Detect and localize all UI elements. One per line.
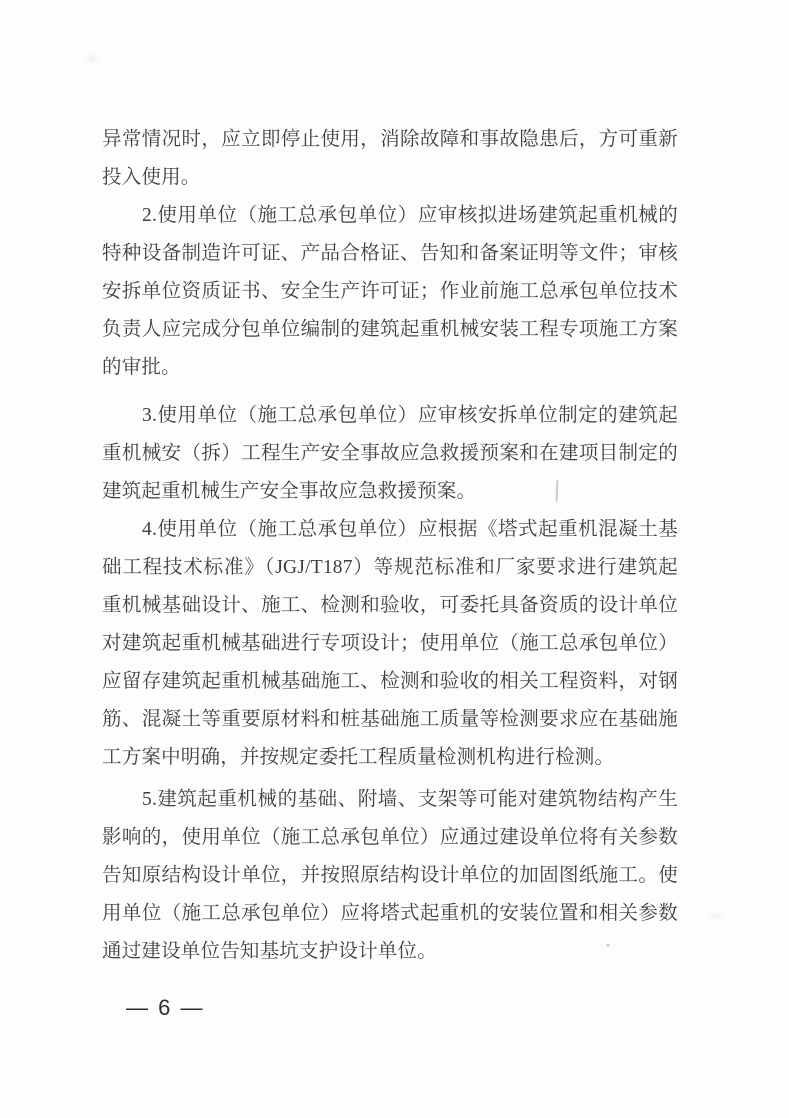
text-line: 告知原结构设计单位，并按照原结构设计单位的加固图纸施工。使: [102, 857, 678, 895]
paragraph: 5.建筑起重机械的基础、附墙、支架等可能对建筑物结构产生影响的，使用单位（施工总…: [102, 781, 678, 971]
text-line: 负责人应完成分包单位编制的建筑起重机械安装工程专项施工方案: [102, 311, 678, 349]
document-page: 异常情况时，应立即停止使用，消除故障和事故隐患后，方可重新投入使用。2.使用单位…: [0, 0, 789, 1118]
text-line: 异常情况时，应立即停止使用，消除故障和事故隐患后，方可重新: [102, 121, 678, 159]
scan-smudge-artifact: [705, 910, 725, 922]
text-line: 重机械安（拆）工程生产安全事故应急救援预案和在建项目制定的: [102, 435, 678, 473]
text-line: 影响的，使用单位（施工总承包单位）应通过建设单位将有关参数: [102, 819, 678, 857]
paragraph: 异常情况时，应立即停止使用，消除故障和事故隐患后，方可重新投入使用。: [102, 121, 678, 197]
text-line: 重机械基础设计、施工、检测和验收，可委托具备资质的设计单位: [102, 587, 678, 625]
text-line: 筋、混凝土等重要原材料和桩基础施工质量等检测要求应在基础施: [102, 701, 678, 739]
text-line: 5.建筑起重机械的基础、附墙、支架等可能对建筑物结构产生: [102, 781, 678, 819]
paragraph: 3.使用单位（施工总承包单位）应审核安拆单位制定的建筑起重机械安（拆）工程生产安…: [102, 397, 678, 511]
text-line: 工方案中明确，并按规定委托工程质量检测机构进行检测。: [102, 739, 678, 777]
text-line: 应留存建筑起重机械基础施工、检测和验收的相关工程资料，对钢: [102, 663, 678, 701]
text-line: 础工程技术标准》（JGJ/T187）等规范标准和厂家要求进行建筑起: [102, 549, 678, 587]
scan-smudge-artifact: [84, 52, 102, 65]
text-line: 安拆单位资质证书、安全生产许可证；作业前施工总承包单位技术: [102, 273, 678, 311]
text-line: 的审批。: [102, 349, 678, 387]
text-line: 3.使用单位（施工总承包单位）应审核安拆单位制定的建筑起: [102, 397, 678, 435]
text-line: 特种设备制造许可证、产品合格证、告知和备案证明等文件；审核: [102, 235, 678, 273]
text-line: 2.使用单位（施工总承包单位）应审核拟进场建筑起重机械的: [102, 197, 678, 235]
document-body: 异常情况时，应立即停止使用，消除故障和事故隐患后，方可重新投入使用。2.使用单位…: [102, 121, 678, 971]
text-line: 通过建设单位告知基坑支护设计单位。: [102, 933, 678, 971]
text-line: 4.使用单位（施工总承包单位）应根据《塔式起重机混凝土基: [102, 511, 678, 549]
page-number: — 6 —: [126, 995, 204, 1021]
paragraph: 4.使用单位（施工总承包单位）应根据《塔式起重机混凝土基础工程技术标准》（JGJ…: [102, 511, 678, 777]
text-line: 用单位（施工总承包单位）应将塔式起重机的安装位置和相关参数: [102, 895, 678, 933]
paragraph: 2.使用单位（施工总承包单位）应审核拟进场建筑起重机械的特种设备制造许可证、产品…: [102, 197, 678, 387]
text-line: 对建筑起重机械基础进行专项设计；使用单位（施工总承包单位）: [102, 625, 678, 663]
text-line: 建筑起重机械生产安全事故应急救援预案。: [102, 473, 678, 511]
text-line: 投入使用。: [102, 159, 678, 197]
